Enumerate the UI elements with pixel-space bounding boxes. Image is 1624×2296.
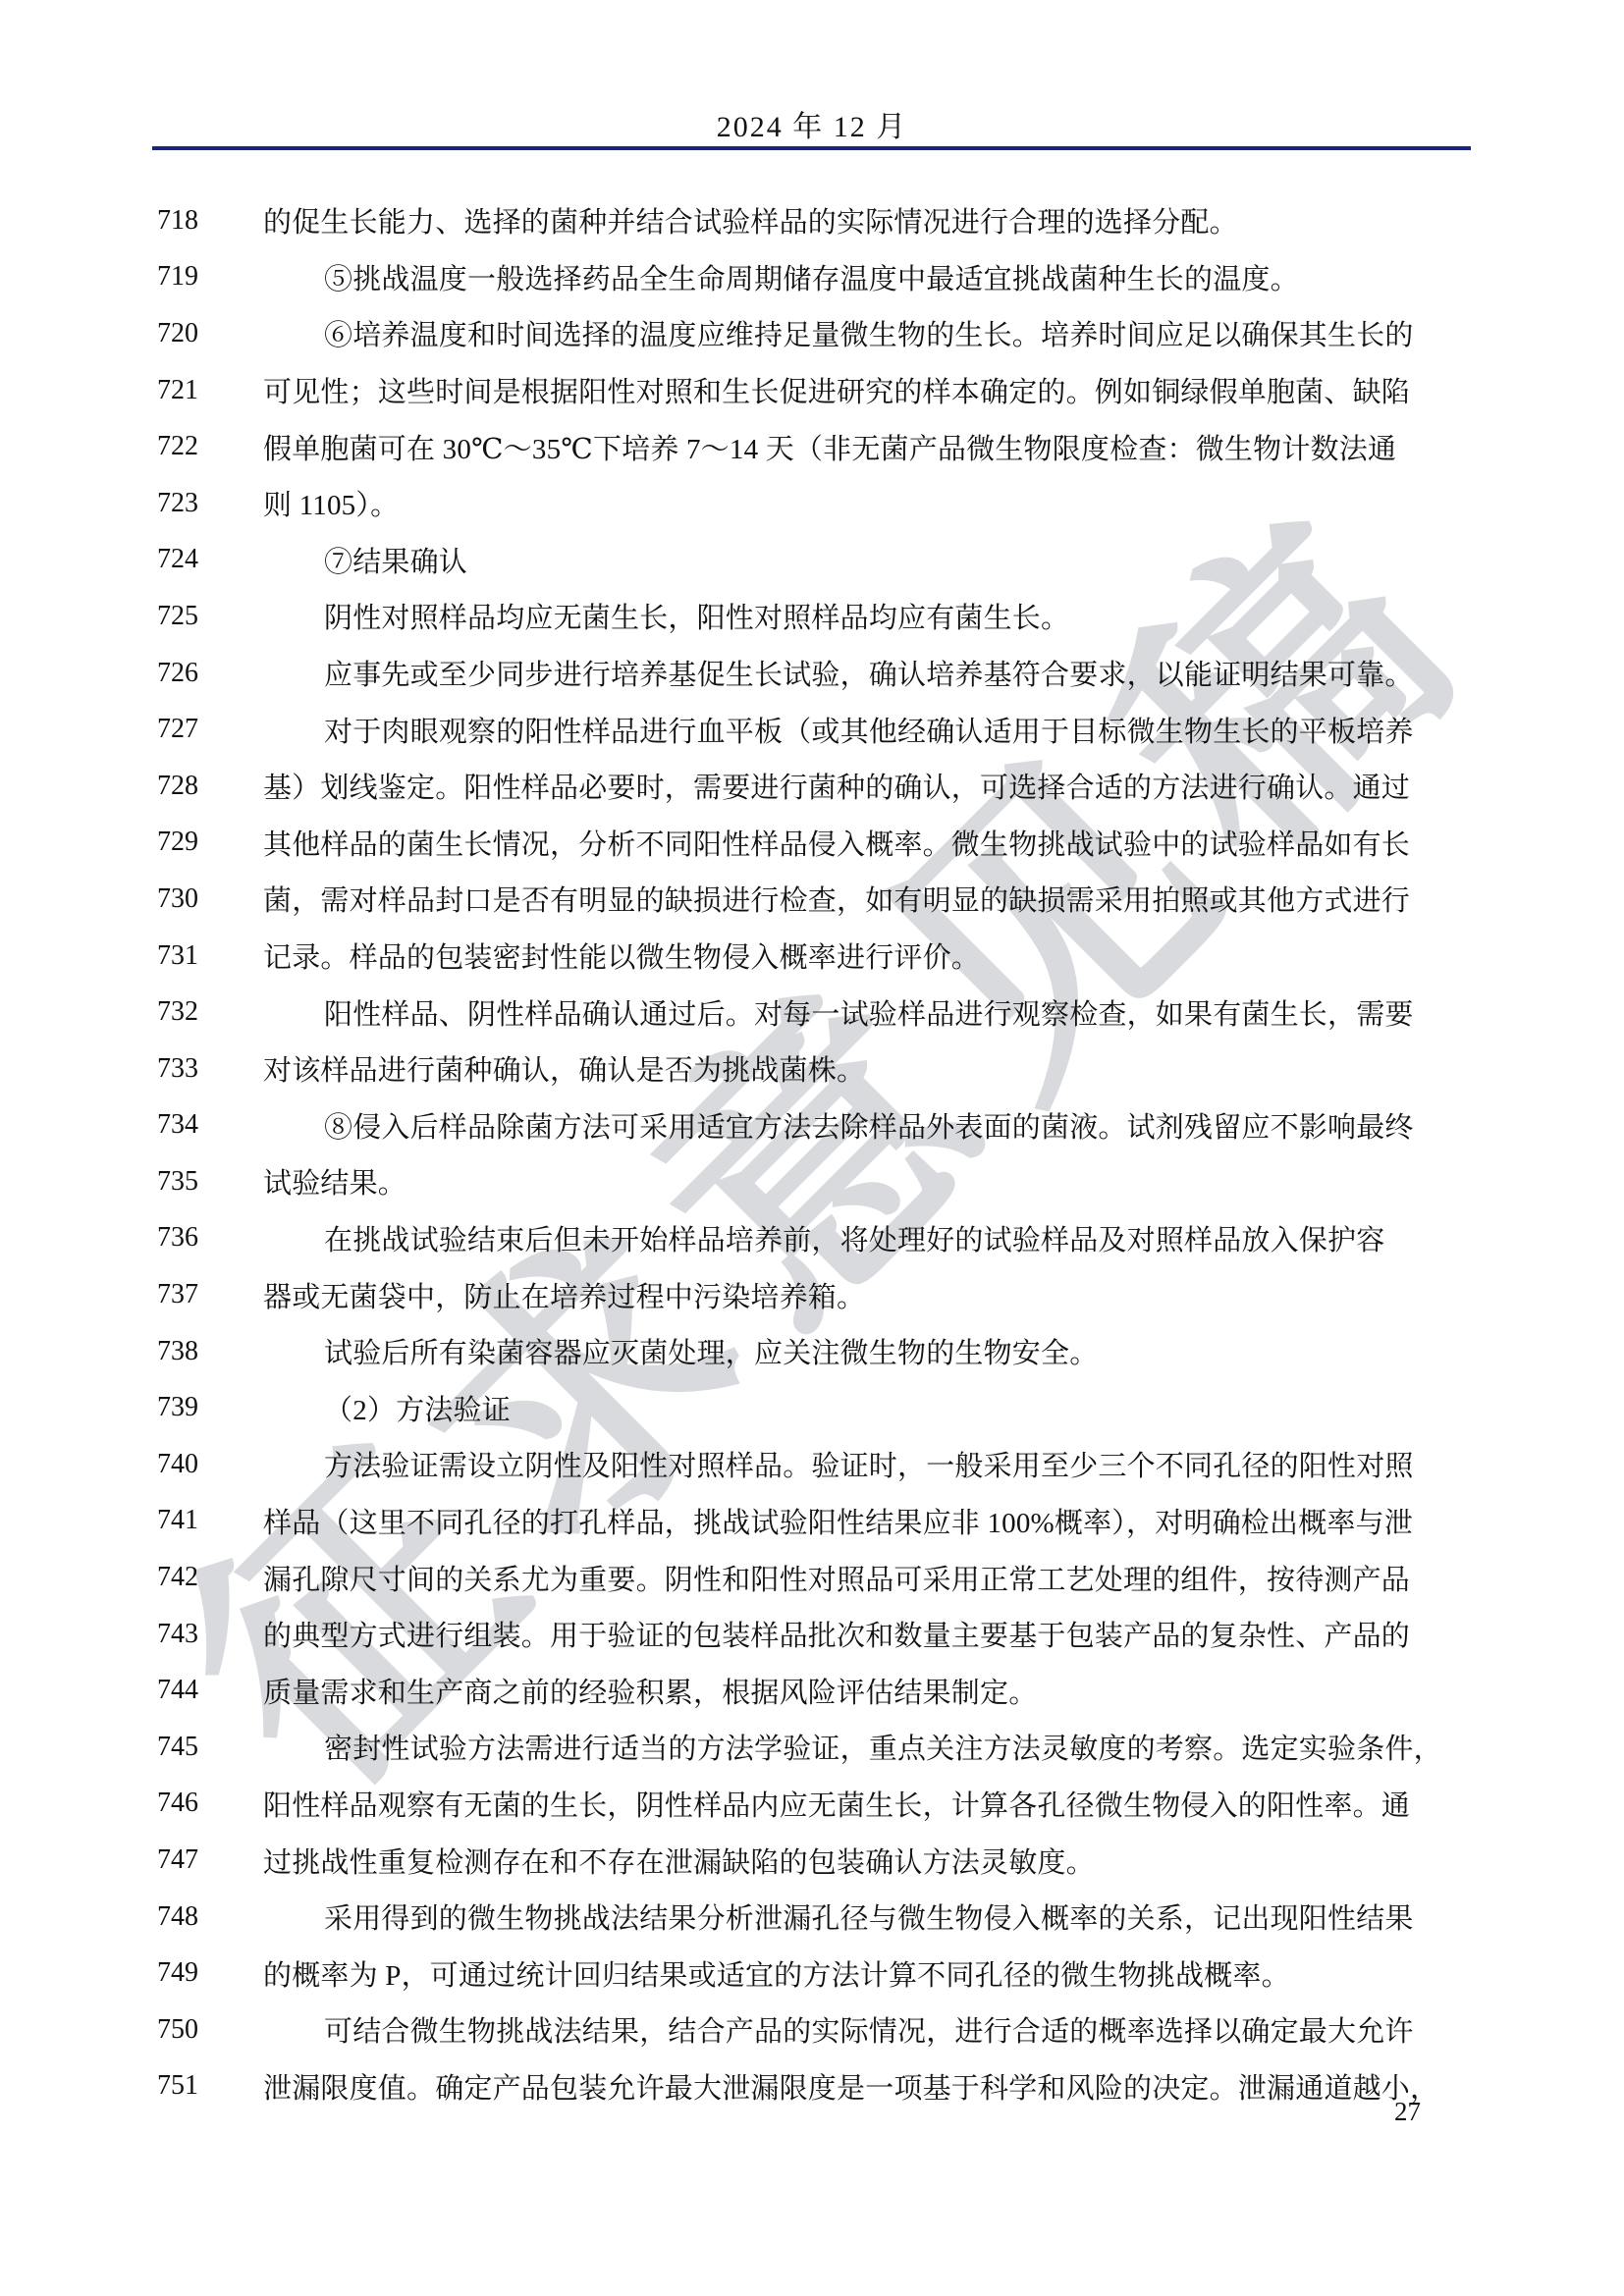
line-row: 726 应事先或至少同步进行培养基促生长试验，确认培养基符合要求，以能证明结果可… (0, 645, 1624, 702)
line-number: 742 (157, 1562, 236, 1593)
line-text: 器或无菌袋中，防止在培养过程中污染培养箱。 (0, 1275, 865, 1315)
line-row: 750 可结合微生物挑战法结果，结合产品的实际情况，进行合适的概率选择以确定最大… (0, 2002, 1624, 2058)
line-number: 749 (157, 1957, 236, 1989)
line-row: 737 器或无菌袋中，防止在培养过程中污染培养箱。 (0, 1266, 1624, 1323)
line-row: 727 对于肉眼观察的阳性样品进行血平板（或其他经确认适用于目标微生物生长的平板… (0, 701, 1624, 758)
line-text: 记录。样品的包装密封性能以微生物侵入概率进行评价。 (0, 935, 980, 976)
line-number: 750 (157, 2014, 236, 2046)
line-row: 724 ⑦结果确认 (0, 532, 1624, 589)
line-number: 720 (157, 318, 236, 349)
line-number: 730 (157, 883, 236, 915)
line-row: 748 采用得到的微生物挑战法结果分析泄漏孔径与微生物侵入概率的关系，记出现阳性… (0, 1889, 1624, 1946)
line-row: 732 阳性样品、阴性样品确认通过后。对每一试验样品进行观察检查，如果有菌生长，… (0, 984, 1624, 1041)
line-row: 719 ⑤挑战温度一般选择药品全生命周期储存温度中最适宜挑战菌种生长的温度。 (0, 249, 1624, 306)
line-number: 731 (157, 940, 236, 972)
line-number: 719 (157, 261, 236, 293)
line-row: 718 的促生长能力、选择的菌种并结合试验样品的实际情况进行合理的选择分配。 (0, 192, 1624, 249)
line-number: 733 (157, 1053, 236, 1085)
line-number: 741 (157, 1505, 236, 1536)
line-row: 734 ⑧侵入后样品除菌方法可采用适宜方法去除样品外表面的菌液。试剂残留应不影响… (0, 1097, 1624, 1154)
page-number: 27 (1394, 2097, 1421, 2127)
line-number: 721 (157, 375, 236, 406)
line-row: 720 ⑥培养温度和时间选择的温度应维持足量微生物的生长。培养时间应足以确保其生… (0, 305, 1624, 362)
line-number: 748 (157, 1901, 236, 1933)
line-row: 749 的概率为 P，可通过统计回归结果或适宜的方法计算不同孔径的微生物挑战概率… (0, 1945, 1624, 2002)
line-row: 745 密封性试验方法需进行适当的方法学验证，重点关注方法灵敏度的考察。选定实验… (0, 1719, 1624, 1776)
line-number: 740 (157, 1449, 236, 1480)
line-number: 745 (157, 1732, 236, 1763)
line-row: 736 在挑战试验结束后但未开始样品培养前，将处理好的试验样品及对照样品放入保护… (0, 1210, 1624, 1267)
line-number: 728 (157, 771, 236, 802)
line-number: 737 (157, 1279, 236, 1310)
line-text: 对该样品进行菌种确认，确认是否为挑战菌株。 (0, 1048, 865, 1089)
line-text: （2）方法验证 (0, 1388, 511, 1428)
line-row: 735 试验结果。 (0, 1153, 1624, 1210)
line-row: 723 则 1105）。 (0, 475, 1624, 532)
line-number: 743 (157, 1619, 236, 1650)
line-row: 722 假单胞菌可在 30℃～35℃下培养 7～14 天（非无菌产品微生物限度检… (0, 418, 1624, 475)
line-number: 734 (157, 1109, 236, 1141)
line-number: 735 (157, 1166, 236, 1198)
line-number: 718 (157, 205, 236, 237)
line-row: 725 阴性对照样品均应无菌生长，阳性对照样品均应有菌生长。 (0, 588, 1624, 645)
line-number: 751 (157, 2070, 236, 2102)
line-number: 744 (157, 1675, 236, 1706)
line-number: 722 (157, 431, 236, 462)
line-number: 736 (157, 1222, 236, 1254)
header-date: 2024 年 12 月 (0, 102, 1624, 145)
line-number: 738 (157, 1336, 236, 1367)
line-row: 751 泄漏限度值。确定产品包装允许最大泄漏限度是一项基于科学和风险的决定。泄漏… (0, 2058, 1624, 2115)
line-row: 746 阳性样品观察有无菌的生长，阴性样品内应无菌生长，计算各孔径微生物侵入的阳… (0, 1776, 1624, 1833)
line-number: 739 (157, 1392, 236, 1423)
line-number: 724 (157, 544, 236, 575)
document-body: 718 的促生长能力、选择的菌种并结合试验样品的实际情况进行合理的选择分配。 7… (0, 192, 1624, 2114)
line-number: 725 (157, 601, 236, 632)
line-number: 732 (157, 996, 236, 1028)
line-row: 730 菌，需对样品封口是否有明显的缺损进行检查，如有明显的缺损需采用拍照或其他… (0, 871, 1624, 928)
line-row: 729 其他样品的菌生长情况，分析不同阳性样品侵入概率。微生物挑战试验中的试验样… (0, 815, 1624, 872)
line-row: 738 试验后所有染菌容器应灭菌处理，应关注微生物的生物安全。 (0, 1323, 1624, 1380)
line-number: 726 (157, 658, 236, 689)
line-row: 731 记录。样品的包装密封性能以微生物侵入概率进行评价。 (0, 928, 1624, 985)
line-row: 741 样品（这里不同孔径的打孔样品，挑战试验阳性结果应非 100%概率），对明… (0, 1493, 1624, 1550)
line-text: 质量需求和生产商之前的经验积累，根据风险评估结果制定。 (0, 1671, 1037, 1711)
line-number: 729 (157, 827, 236, 858)
line-row: 740 方法验证需设立阴性及阳性对照样品。验证时，一般采用至少三个不同孔径的阳性… (0, 1436, 1624, 1493)
line-row: 733 对该样品进行菌种确认，确认是否为挑战菌株。 (0, 1041, 1624, 1097)
line-row: 721 可见性；这些时间是根据阳性对照和生长促进研究的样本确定的。例如铜绿假单胞… (0, 362, 1624, 419)
line-row: 739 （2）方法验证 (0, 1379, 1624, 1436)
line-number: 747 (157, 1844, 236, 1876)
line-row: 742 漏孔隙尺寸间的关系尤为重要。阴性和阳性对照品可采用正常工艺处理的组件，按… (0, 1549, 1624, 1606)
line-number: 746 (157, 1788, 236, 1819)
header-rule (152, 146, 1471, 150)
line-row: 743 的典型方式进行组装。用于验证的包装样品批次和数量主要基于包装产品的复杂性… (0, 1606, 1624, 1663)
line-row: 728 基）划线鉴定。阳性样品必要时，需要进行菌种的确认，可选择合适的方法进行确… (0, 758, 1624, 815)
line-row: 747 过挑战性重复检测存在和不存在泄漏缺陷的包装确认方法灵敏度。 (0, 1832, 1624, 1889)
line-row: 744 质量需求和生产商之前的经验积累，根据风险评估结果制定。 (0, 1662, 1624, 1719)
line-number: 723 (157, 488, 236, 519)
line-number: 727 (157, 714, 236, 745)
